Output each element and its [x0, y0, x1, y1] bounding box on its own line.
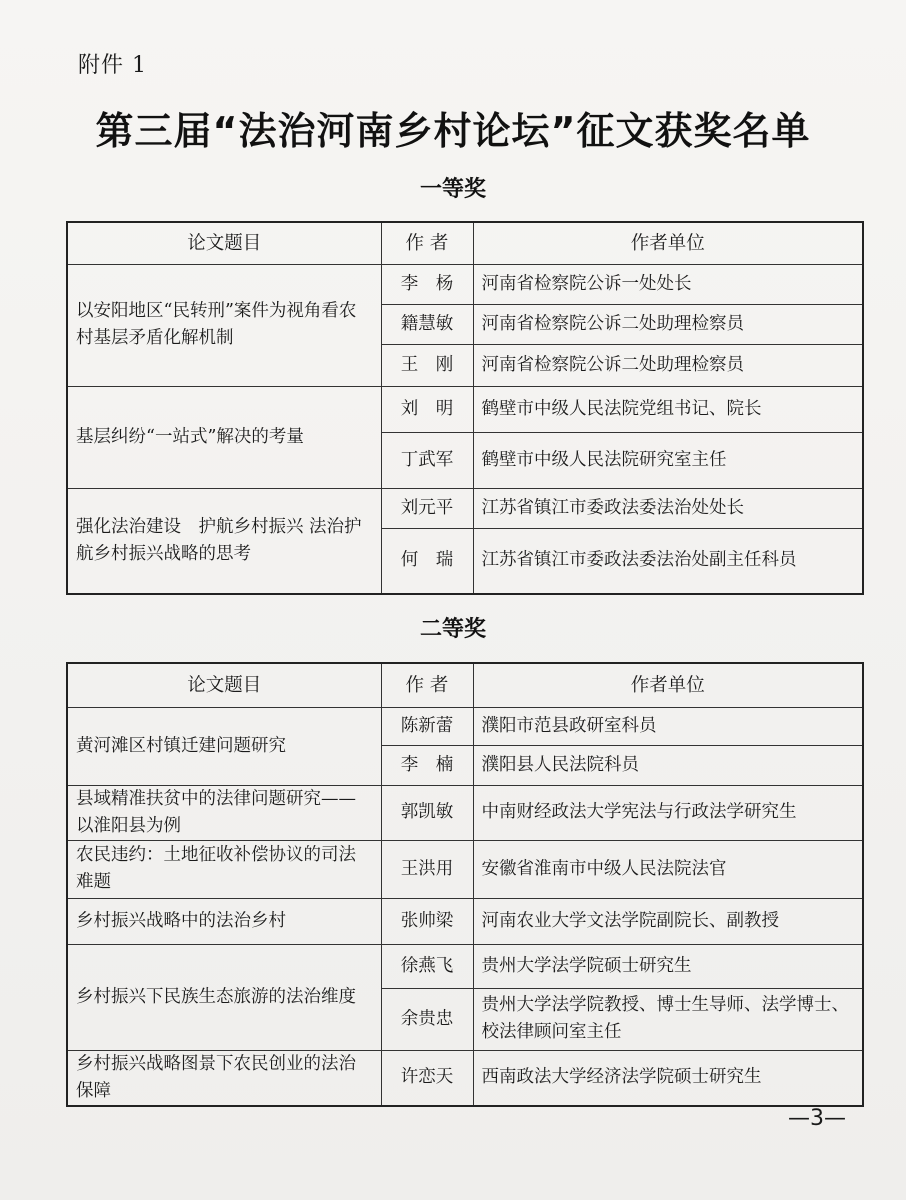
header-author: 作 者 — [381, 222, 473, 264]
author-org: 濮阳县人民法院科员 — [473, 745, 863, 785]
attachment-label: 附件 1 — [78, 48, 147, 79]
paper-title: 乡村振兴战略图景下农民创业的法治保障 — [67, 1050, 381, 1106]
author-name: 陈新蕾 — [381, 707, 473, 745]
table-row: 黄河滩区村镇迁建问题研究 陈新蕾 濮阳市范县政研室科员 — [67, 707, 863, 745]
table-row: 乡村振兴战略中的法治乡村 张帅梁 河南农业大学文法学院副院长、副教授 — [67, 898, 863, 944]
author-org: 江苏省镇江市委政法委法治处处长 — [473, 488, 863, 528]
paper-title: 基层纠纷“一站式”解决的考量 — [67, 386, 381, 488]
header-author: 作 者 — [381, 663, 473, 707]
first-prize-heading: 一等奖 — [0, 172, 906, 203]
author-name: 李 杨 — [381, 264, 473, 304]
author-name: 李 楠 — [381, 745, 473, 785]
author-name: 籍慧敏 — [381, 304, 473, 344]
table-row: 乡村振兴下民族生态旅游的法治维度 徐燕飞 贵州大学法学院硕士研究生 — [67, 944, 863, 988]
author-name: 许恋天 — [381, 1050, 473, 1106]
paper-title: 以安阳地区“民转刑”案件为视角看农村基层矛盾化解机制 — [67, 264, 381, 386]
paper-title: 乡村振兴下民族生态旅游的法治维度 — [67, 944, 381, 1050]
author-name: 丁武军 — [381, 432, 473, 488]
author-org: 贵州大学法学院硕士研究生 — [473, 944, 863, 988]
author-org: 鹤壁市中级人民法院研究室主任 — [473, 432, 863, 488]
author-org: 河南省检察院公诉二处助理检察员 — [473, 304, 863, 344]
author-org: 河南省检察院公诉二处助理检察员 — [473, 344, 863, 386]
table-row: 基层纠纷“一站式”解决的考量 刘 明 鹤壁市中级人民法院党组书记、院长 — [67, 386, 863, 432]
author-org: 濮阳市范县政研室科员 — [473, 707, 863, 745]
paper-title: 黄河滩区村镇迁建问题研究 — [67, 707, 381, 785]
table-row: 强化法治建设 护航乡村振兴 法治护航乡村振兴战略的思考 刘元平 江苏省镇江市委政… — [67, 488, 863, 528]
author-name: 郭凯敏 — [381, 785, 473, 840]
table-header-row: 论文题目 作 者 作者单位 — [67, 222, 863, 264]
table-row: 乡村振兴战略图景下农民创业的法治保障 许恋天 西南政法大学经济法学院硕士研究生 — [67, 1050, 863, 1106]
second-prize-table: 论文题目 作 者 作者单位 黄河滩区村镇迁建问题研究 陈新蕾 濮阳市范县政研室科… — [66, 662, 864, 1107]
page-number: —3— — [788, 1106, 846, 1131]
author-name: 何 瑞 — [381, 528, 473, 594]
author-name: 徐燕飞 — [381, 944, 473, 988]
document-page: 附件 1 第三届“法治河南乡村论坛”征文获奖名单 一等奖 论文题目 作 者 作者… — [0, 0, 906, 1200]
header-title: 论文题目 — [67, 222, 381, 264]
paper-title: 县域精准扶贫中的法律问题研究——以淮阳县为例 — [67, 785, 381, 840]
author-org: 江苏省镇江市委政法委法治处副主任科员 — [473, 528, 863, 594]
author-org: 鹤壁市中级人民法院党组书记、院长 — [473, 386, 863, 432]
author-org: 河南省检察院公诉一处处长 — [473, 264, 863, 304]
paper-title: 农民违约：土地征收补偿协议的司法难题 — [67, 840, 381, 898]
author-name: 刘元平 — [381, 488, 473, 528]
author-org: 中南财经政法大学宪法与行政法学研究生 — [473, 785, 863, 840]
author-org: 安徽省淮南市中级人民法院法官 — [473, 840, 863, 898]
author-name: 王洪用 — [381, 840, 473, 898]
author-name: 王 刚 — [381, 344, 473, 386]
table-row: 以安阳地区“民转刑”案件为视角看农村基层矛盾化解机制 李 杨 河南省检察院公诉一… — [67, 264, 863, 304]
author-name: 余贵忠 — [381, 988, 473, 1050]
header-org: 作者单位 — [473, 663, 863, 707]
author-name: 刘 明 — [381, 386, 473, 432]
author-org: 贵州大学法学院教授、博士生导师、法学博士、校法律顾问室主任 — [473, 988, 863, 1050]
table-row: 县域精准扶贫中的法律问题研究——以淮阳县为例 郭凯敏 中南财经政法大学宪法与行政… — [67, 785, 863, 840]
table-header-row: 论文题目 作 者 作者单位 — [67, 663, 863, 707]
author-name: 张帅梁 — [381, 898, 473, 944]
table-row: 农民违约：土地征收补偿协议的司法难题 王洪用 安徽省淮南市中级人民法院法官 — [67, 840, 863, 898]
header-org: 作者单位 — [473, 222, 863, 264]
paper-title: 强化法治建设 护航乡村振兴 法治护航乡村振兴战略的思考 — [67, 488, 381, 594]
paper-title: 乡村振兴战略中的法治乡村 — [67, 898, 381, 944]
first-prize-table: 论文题目 作 者 作者单位 以安阳地区“民转刑”案件为视角看农村基层矛盾化解机制… — [66, 221, 864, 595]
second-prize-heading: 二等奖 — [0, 612, 906, 643]
author-org: 河南农业大学文法学院副院长、副教授 — [473, 898, 863, 944]
document-title: 第三届“法治河南乡村论坛”征文获奖名单 — [0, 100, 906, 155]
author-org: 西南政法大学经济法学院硕士研究生 — [473, 1050, 863, 1106]
header-title: 论文题目 — [67, 663, 381, 707]
